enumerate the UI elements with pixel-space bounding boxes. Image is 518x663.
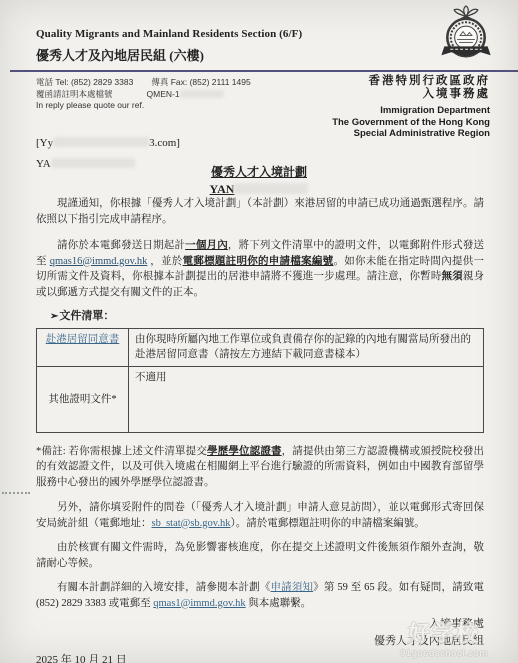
- p1-text: 現謹通知，你根據「優秀人才入境計劃」（本計劃）來港居留的申請已成功通過甄選程序。…: [36, 198, 484, 225]
- ref-line: 覆函請註明本處檔號QMEN-1: [36, 89, 251, 101]
- p2-text-3: ，並於: [147, 256, 182, 267]
- remark-text-1: *備註: 若你需根據上述文件清單提交: [36, 446, 207, 457]
- sb-stat-email-link[interactable]: sb_stat@sb.gov.hk: [152, 518, 231, 529]
- document-list-heading: ➢文件清單：: [50, 309, 484, 325]
- gov-title-zh-1: 香港特別行政區政府: [332, 75, 490, 88]
- deadline-emphasis: 一個月內: [185, 240, 228, 251]
- header-divider: [10, 70, 518, 72]
- letter-body: 現謹通知，你根據「優秀人才入境計劃」（本計劃）來港居留的申請已成功通過甄選程序。…: [36, 196, 484, 663]
- email-subject-emphasis: 電郵標題註明你的申請檔案編號: [183, 256, 334, 267]
- paragraph-questionnaire: 另外，請你填妥附件的問卷（「優秀人才入境計劃」申請人意見訪問），並以電郵形式寄回…: [36, 500, 484, 531]
- dept-title-en-3: Special Administrative Region: [332, 128, 490, 140]
- gov-title-zh-2: 入境事務處: [332, 88, 490, 101]
- ref-number-prefix: QMEN-1: [147, 89, 180, 99]
- doc-type-cell: 赴港居留同意書: [37, 328, 129, 366]
- credential-emphasis: 學歷學位認證書: [207, 446, 282, 457]
- paragraph-patience: 由於核實有關文件需時，為免影響審核進度，你在提交上述證明文件後無須作額外查詢，敬…: [36, 540, 484, 571]
- tel-fax-line: 電話 Tel: (852) 2829 3383傳真 Fax: (852) 211…: [36, 77, 251, 89]
- p4-text: 由於核實有關文件需時，為免影響審核進度，你在提交上述證明文件後無須作額外查詢，敬…: [36, 542, 484, 569]
- guidebook-link[interactable]: 申請須知: [271, 582, 314, 593]
- letter-subject: 優秀人才入境計劃 YAN: [0, 164, 518, 198]
- qmas16-email-link[interactable]: qmas16@immd.gov.hk: [50, 256, 148, 267]
- p5-text-1: 有關本計劃詳細的入境安排，請參閱本計劃《: [57, 582, 271, 593]
- signature-block: 入境事務處 優秀人才及內地居民組: [36, 616, 484, 649]
- p3-text-2: ）。請於電郵標題註明你的申請檔案編號。: [231, 518, 425, 529]
- dept-title-en-2: The Government of the Hong Kong: [332, 117, 490, 129]
- ref-note-en: In reply please quote our ref.: [36, 100, 251, 112]
- dept-title-en-1: Immigration Department: [332, 105, 490, 117]
- doc-type-cell: 其他證明文件*: [37, 366, 129, 432]
- p2-text-1: 請你於本電郵發送日期起計: [57, 240, 185, 251]
- no-need-emphasis: 無須: [442, 271, 463, 282]
- applicant-name-prefix: YAN: [210, 182, 235, 196]
- margin-dotted-mark: [2, 492, 30, 494]
- contact-block: 電話 Tel: (852) 2829 3383傳真 Fax: (852) 211…: [36, 77, 251, 112]
- paragraph-enquiries: 有關本計劃詳細的入境安排，請參閱本計劃《申請須知》第 59 至 65 段。如有疑…: [36, 580, 484, 611]
- table-row: 赴港居留同意書 由你現時所屬內地工作單位或負責備存你的記錄的內地有關當局所發出的…: [37, 328, 484, 366]
- ref-number-redaction: [180, 90, 224, 98]
- scheme-title: 優秀人才入境計劃: [0, 164, 518, 181]
- ref-note-zh: 覆函請註明本處檔號: [36, 89, 113, 99]
- letter-page: Quality Migrants and Mainland Residents …: [0, 0, 518, 663]
- document-list-table: 赴港居留同意書 由你現時所屬內地工作單位或負責備存你的記錄的內地有關當局所發出的…: [36, 328, 484, 433]
- addressee-email: [Yy3.com]: [36, 137, 180, 149]
- fax-label: 傳真 Fax: (852) 2111 1495: [151, 77, 250, 87]
- qmas1-email-link[interactable]: qmas1@immd.gov.hk: [153, 598, 245, 609]
- signature-department: 入境事務處: [36, 616, 484, 633]
- email-redaction: [53, 137, 149, 147]
- section-title-en: Quality Migrants and Mainland Residents …: [36, 28, 302, 40]
- document-list-label: 文件清單：: [59, 310, 114, 322]
- consent-form-download-link[interactable]: 赴港居留同意書: [46, 334, 120, 345]
- doc-description-cell: 不適用: [129, 366, 484, 432]
- tel-label: 電話 Tel: (852) 2829 3383: [36, 77, 133, 87]
- table-row: 其他證明文件* 不適用: [37, 366, 484, 432]
- p5-text-3: 與本處聯繫。: [246, 598, 312, 609]
- section-title-zh: 優秀人才及內地居民組 (六樓): [36, 45, 204, 64]
- doc-description-cell: 由你現時所屬內地工作單位或負責備存你的記錄的內地有關當局所發出的赴港居留同意書（…: [129, 328, 484, 366]
- signature-section: 優秀人才及內地居民組: [36, 633, 484, 650]
- applicant-name-redaction: [234, 183, 308, 194]
- email-open: [Yy: [36, 137, 53, 149]
- paragraph-notification: 現謹通知，你根據「優秀人才入境計劃」（本計劃）來港居留的申請已成功通過甄選程序。…: [36, 196, 484, 227]
- footnote-remark: *備註: 若你需根據上述文件清單提交學歷學位認證書，請提供由第三方認證機構或頒授…: [36, 444, 484, 491]
- letter-date: 2025 年 10 月 21 日: [36, 653, 484, 663]
- paragraph-submission-instructions: 請你於本電郵發送日期起計一個月內，將下列文件清單中的證明文件，以電郵附件形式發送…: [36, 238, 484, 300]
- government-block: 香港特別行政區政府 入境事務處 Immigration Department T…: [332, 75, 490, 140]
- immigration-department-crest-icon: [436, 5, 496, 68]
- arrow-bullet-icon: ➢: [50, 311, 58, 322]
- email-close: 3.com]: [149, 137, 180, 149]
